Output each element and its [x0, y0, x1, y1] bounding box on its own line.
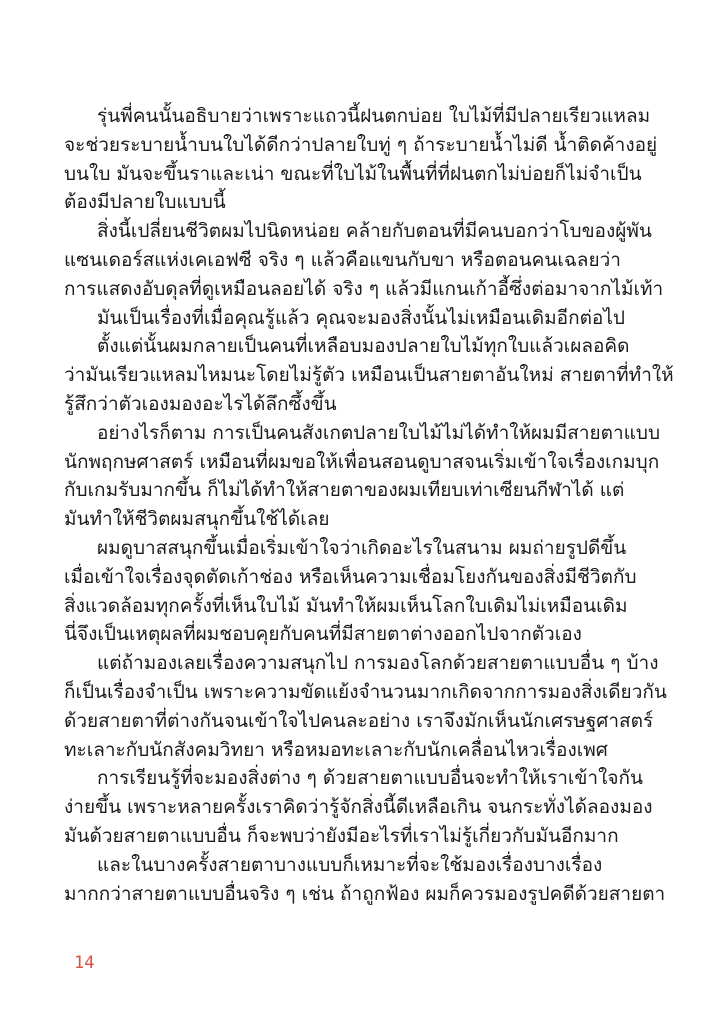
text-line: ตั้งแต่นั้นผมกลายเป็นคนที่เหลือบมองปลายใ… [64, 332, 646, 361]
text-line: แซนเดอร์สแห่งเคเอฟซี จริง ๆ แล้วคือแขนกั… [64, 246, 646, 275]
text-line: การเรียนรู้ที่จะมองสิ่งต่าง ๆ ด้วยสายตาแ… [64, 764, 646, 793]
text-line: และในบางครั้งสายตาบางแบบก็เหมาะที่จะใช้ม… [64, 851, 646, 880]
text-line: อย่างไรก็ตาม การเป็นคนสังเกตปลายใบไม้ไม่… [64, 419, 646, 448]
text-line: รุ่นพี่คนนั้นอธิบายว่าเพราะแถวนี้ฝนตกบ่อ… [64, 102, 646, 131]
text-line: เมื่อเข้าใจเรื่องจุดตัดเก้าช่อง หรือเห็น… [64, 563, 646, 592]
text-line: นี่จึงเป็นเหตุผลที่ผมชอบคุยกับคนที่มีสาย… [64, 620, 646, 649]
text-line: ง่ายขึ้น เพราะหลายครั้งเราคิดว่ารู้จักสิ… [64, 793, 646, 822]
paragraph: แต่ถ้ามองเลยเรื่องความสนุกไป การมองโลกด้… [64, 649, 646, 764]
text-line: บนใบ มันจะขึ้นราและเน่า ขณะที่ใบไม้ในพื้… [64, 160, 646, 189]
paragraph: อย่างไรก็ตาม การเป็นคนสังเกตปลายใบไม้ไม่… [64, 419, 646, 534]
text-line: ทะเลาะกับนักสังคมวิทยา หรือหมอทะเลาะกับน… [64, 736, 646, 765]
body-text: รุ่นพี่คนนั้นอธิบายว่าเพราะแถวนี้ฝนตกบ่อ… [64, 102, 646, 908]
text-line: การแสดงอับดุลที่ดูเหมือนลอยได้ จริง ๆ แล… [64, 275, 646, 304]
text-line: ด้วยสายตาที่ต่างกันจนเข้าใจไปคนละอย่าง เ… [64, 707, 646, 736]
paragraph: การเรียนรู้ที่จะมองสิ่งต่าง ๆ ด้วยสายตาแ… [64, 764, 646, 850]
text-line: จะช่วยระบายน้ำบนใบได้ดีกว่าปลายใบทู่ ๆ ถ… [64, 131, 646, 160]
text-line: สิ่งแวดล้อมทุกครั้งที่เห็นใบไม้ มันทำให้… [64, 592, 646, 621]
text-line: ต้องมีปลายใบแบบนี้ [64, 188, 646, 217]
text-line: ว่ามันเรียวแหลมไหมนะโดยไม่รู้ตัว เหมือนเ… [64, 361, 646, 390]
page-number: 14 [74, 952, 94, 974]
paragraph: และในบางครั้งสายตาบางแบบก็เหมาะที่จะใช้ม… [64, 851, 646, 909]
paragraph: สิ่งนี้เปลี่ยนชีวิตผมไปนิดหน่อย คล้ายกับ… [64, 217, 646, 303]
book-page: รุ่นพี่คนนั้นอธิบายว่าเพราะแถวนี้ฝนตกบ่อ… [0, 0, 707, 1024]
text-line: นักพฤกษศาสตร์ เหมือนที่ผมขอให้เพื่อนสอนด… [64, 448, 646, 477]
text-line: มันด้วยสายตาแบบอื่น ก็จะพบว่ายังมีอะไรที… [64, 822, 646, 851]
text-line: ก็เป็นเรื่องจำเป็น เพราะความขัดแย้งจำนวน… [64, 678, 646, 707]
paragraph: รุ่นพี่คนนั้นอธิบายว่าเพราะแถวนี้ฝนตกบ่อ… [64, 102, 646, 217]
paragraph: ผมดูบาสสนุกขึ้นเมื่อเริ่มเข้าใจว่าเกิดอะ… [64, 534, 646, 649]
text-line: รู้สึกว่าตัวเองมองอะไรได้ลึกซึ้งขึ้น [64, 390, 646, 419]
text-line: มากกว่าสายตาแบบอื่นจริง ๆ เช่น ถ้าถูกฟ้อ… [64, 880, 646, 909]
text-line: สิ่งนี้เปลี่ยนชีวิตผมไปนิดหน่อย คล้ายกับ… [64, 217, 646, 246]
paragraph: ตั้งแต่นั้นผมกลายเป็นคนที่เหลือบมองปลายใ… [64, 332, 646, 418]
text-line: ผมดูบาสสนุกขึ้นเมื่อเริ่มเข้าใจว่าเกิดอะ… [64, 534, 646, 563]
text-line: กับเกมรับมากขึ้น ก็ไม่ได้ทำให้สายตาของผม… [64, 476, 646, 505]
paragraph: มันเป็นเรื่องที่เมื่อคุณรู้แล้ว คุณจะมอง… [64, 304, 646, 333]
text-line: มันทำให้ชีวิตผมสนุกขึ้นใช้ได้เลย [64, 505, 646, 534]
text-line: มันเป็นเรื่องที่เมื่อคุณรู้แล้ว คุณจะมอง… [64, 304, 646, 333]
text-line: แต่ถ้ามองเลยเรื่องความสนุกไป การมองโลกด้… [64, 649, 646, 678]
